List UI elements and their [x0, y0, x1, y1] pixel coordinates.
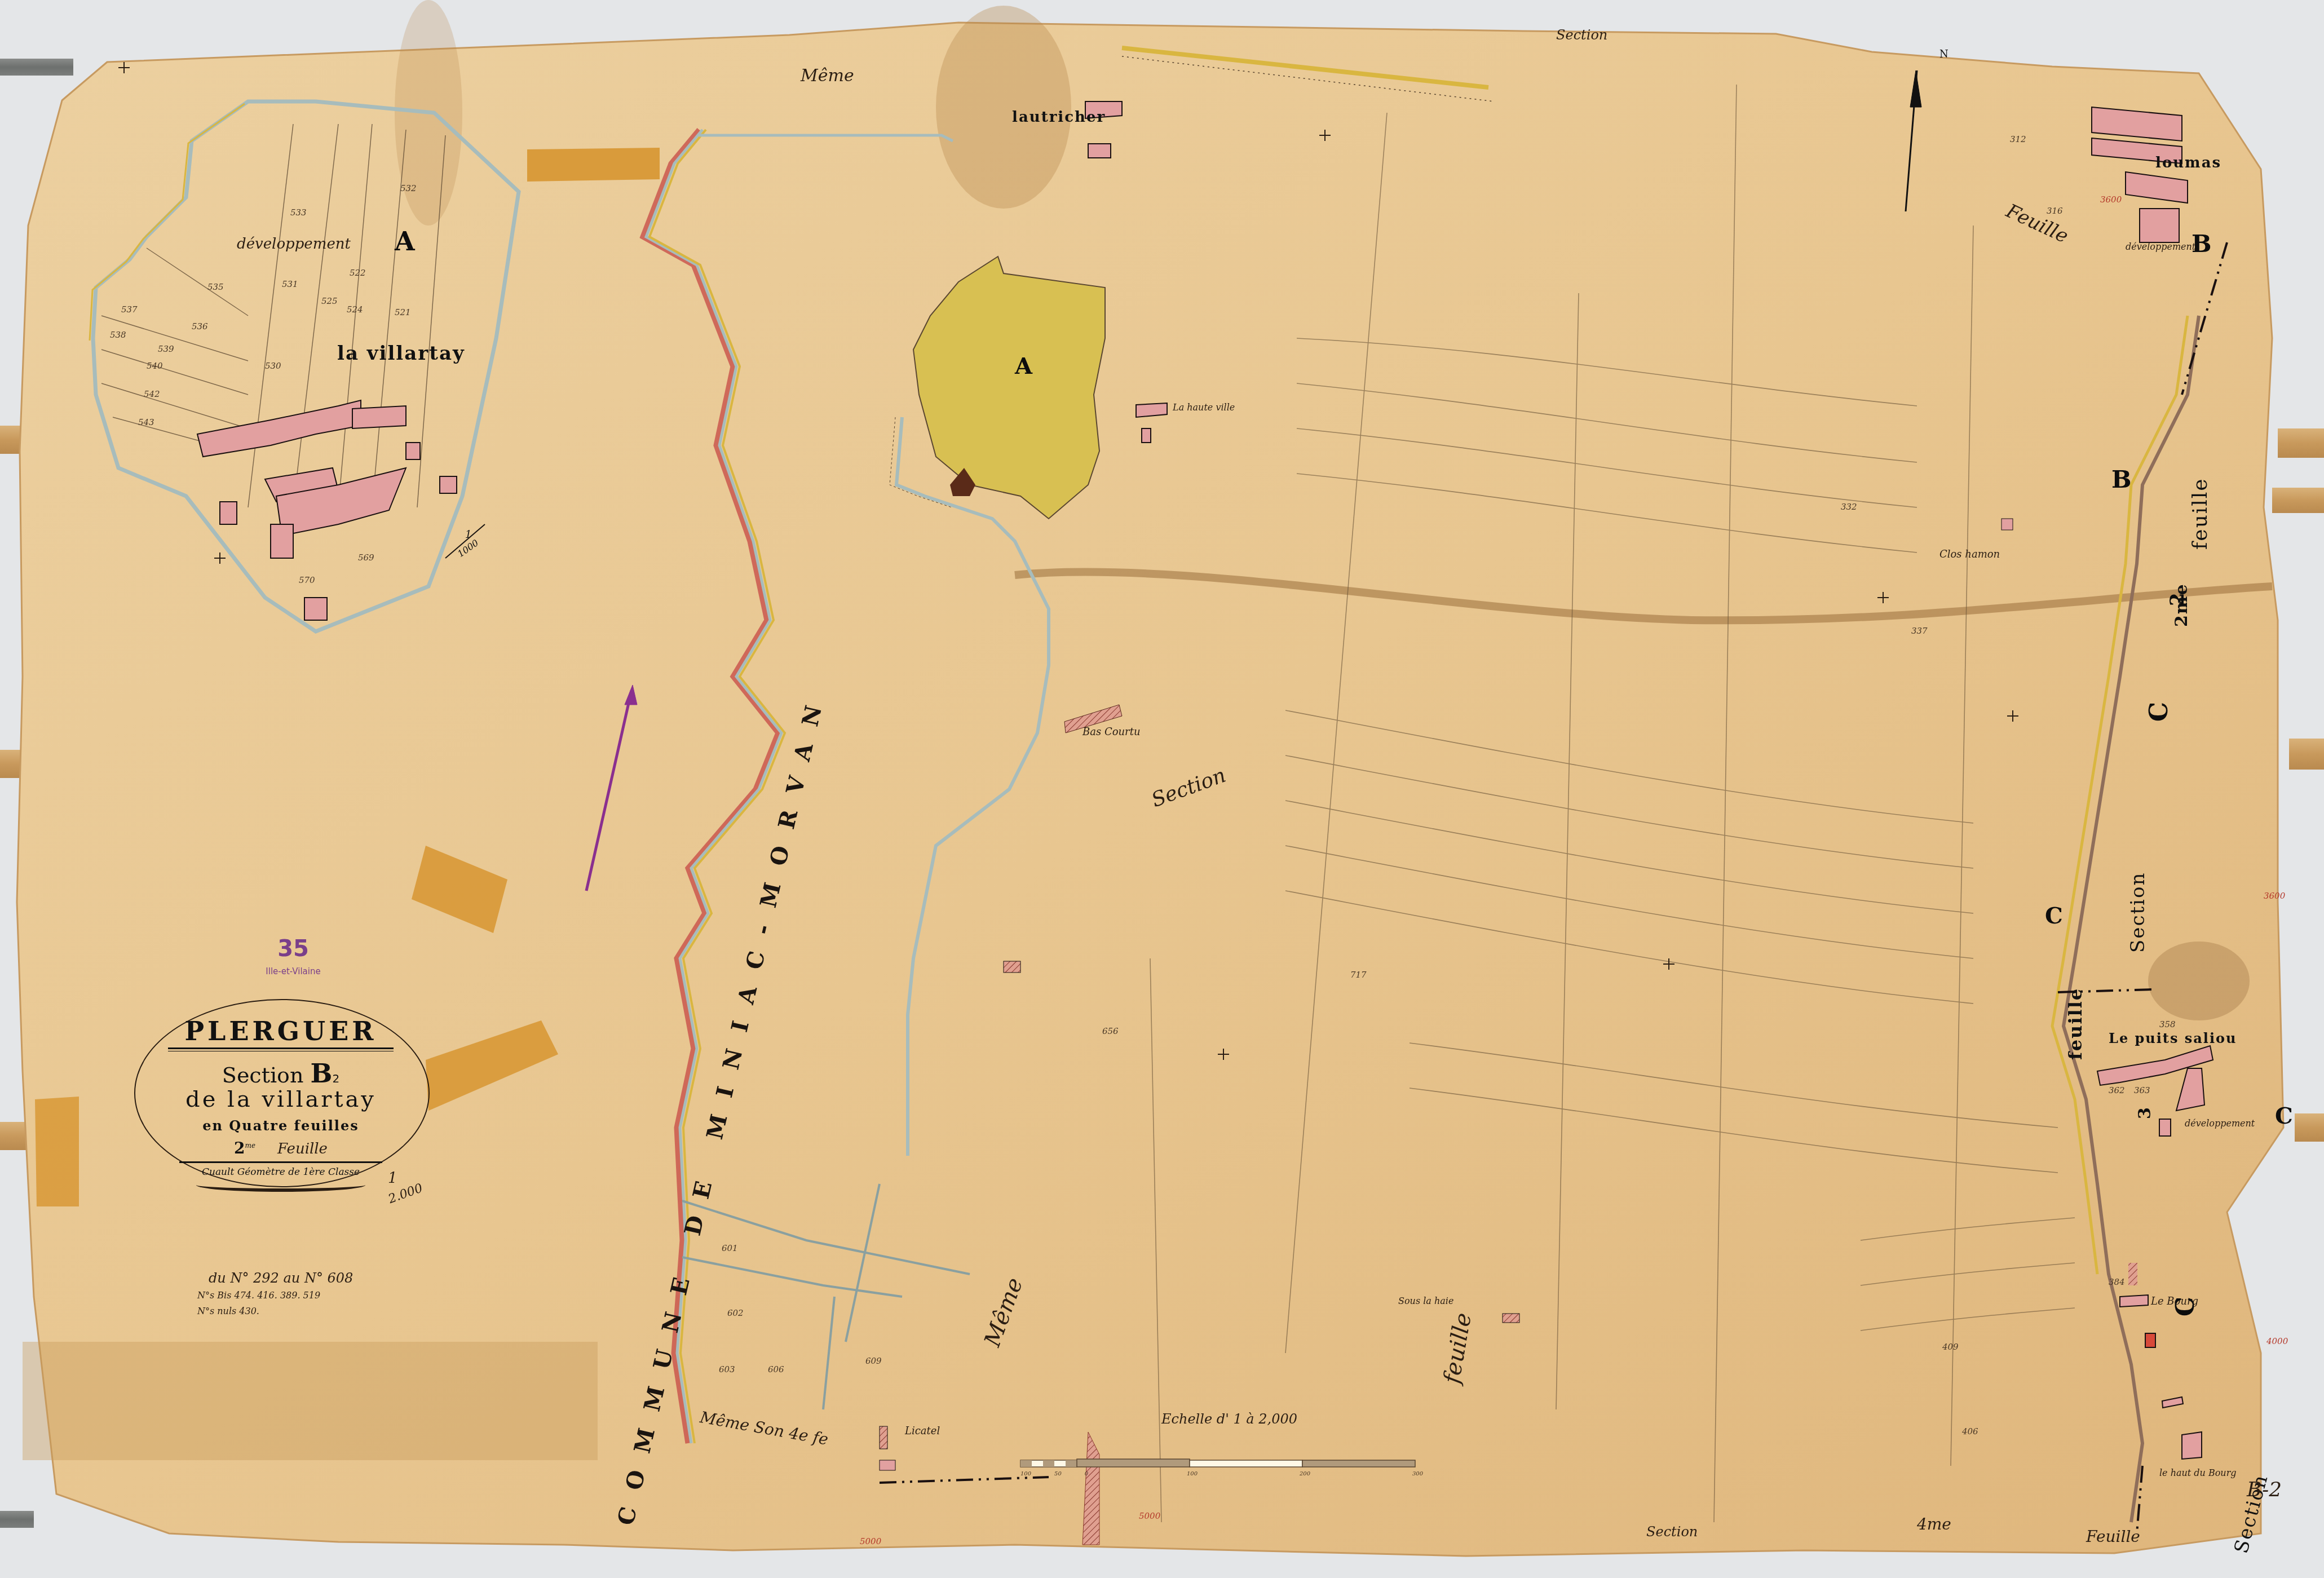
north-label: N	[1939, 50, 1949, 60]
section-heading: Section B2	[134, 1058, 427, 1089]
section-letter-b-top: B	[2192, 232, 2212, 256]
place-la-villartay: la villartay	[337, 344, 465, 363]
parcel-number: 384	[2109, 1277, 2125, 1287]
parcel-number: 602	[727, 1308, 744, 1318]
section-letter-a-left: A	[395, 228, 415, 254]
title-underline	[168, 1047, 394, 1051]
parcel-number: 531	[282, 279, 298, 289]
feuille-label-right: feuille	[2190, 478, 2211, 550]
scale-bar-tick-300: 300	[1412, 1471, 1423, 1477]
sheet-word: Feuille	[277, 1141, 328, 1157]
title-cartouche: PLERGUER Section B2 de la villartay en Q…	[134, 999, 427, 1225]
parcel-number: 603	[719, 1364, 735, 1374]
section-label-bottom: Section	[1646, 1525, 1698, 1539]
section-letter-b-mid: B	[2111, 468, 2132, 492]
place-le-haut-du-bourg: le haut du Bourg	[2159, 1469, 2237, 1478]
parcel-number: 539	[158, 344, 174, 354]
parcel-number: 543	[138, 417, 154, 427]
parcel-number: 717	[1350, 970, 1367, 980]
scale-bar-ticks-left: 100 50 0	[1020, 1471, 1088, 1477]
section-label-right: Section	[2128, 872, 2148, 953]
parcel-number: 525	[321, 296, 338, 306]
sheet-corner-label: B-2	[2247, 1480, 2282, 1500]
parcel-number: 316	[2047, 206, 2063, 216]
parcel-number: 606	[768, 1364, 784, 1374]
section-letter-c-right: C	[2275, 1105, 2293, 1128]
section-label-top: Section	[1556, 28, 1607, 42]
parcel-number: 542	[144, 389, 160, 399]
sheet-number-suffix: me	[245, 1142, 255, 1150]
red-marker: 3600	[2100, 195, 2122, 205]
parcel-number: 532	[400, 183, 417, 193]
parcel-number: 540	[147, 361, 163, 371]
parcel-number: 312	[2010, 134, 2026, 144]
place-clos-hamon: Clos hamon	[1939, 550, 2000, 560]
parcel-number: 533	[290, 207, 307, 218]
parcel-number: 569	[358, 552, 374, 563]
parcel-number: 409	[1942, 1342, 1959, 1352]
cartouche-divider	[179, 1161, 382, 1163]
parcel-number: 406	[1962, 1426, 1978, 1436]
place-bas-courtu: Bas Courtu	[1083, 727, 1141, 737]
parcel-number: 362	[2109, 1085, 2125, 1095]
parcel-number: 521	[395, 307, 411, 317]
commune-title: PLERGUER	[134, 1016, 427, 1046]
section-subscript: 2	[332, 1072, 339, 1085]
section-number-two: 2	[2168, 593, 2187, 606]
feuille-label-bottom: Feuille	[2086, 1529, 2140, 1545]
parcel-number: 601	[722, 1243, 738, 1253]
parcel-number: 538	[110, 330, 126, 340]
developpement-label-loumas: développement	[2126, 242, 2195, 251]
parcel-number: 337	[1911, 626, 1928, 636]
sheet-count: en Quatre feuilles	[134, 1117, 427, 1134]
inset-scale-num: 1	[465, 530, 471, 540]
place-licatel: Licatel	[905, 1426, 940, 1436]
red-marker: 5000	[860, 1536, 881, 1546]
place-loumas: loumas	[2155, 156, 2221, 170]
section-number-three: 3	[2137, 1107, 2154, 1119]
scale-bar-tick-200: 200	[1300, 1471, 1310, 1477]
scale-bar-tick-100: 100	[1187, 1471, 1198, 1477]
feuille-label-center-right: feuille	[2066, 988, 2084, 1060]
parcel-range-note: du N° 292 au N° 608	[209, 1271, 353, 1285]
section-letter-a-center: A	[1015, 355, 1032, 378]
archive-stamp: 35 Ille-et-Vilaine	[248, 936, 338, 976]
parcel-number: 524	[347, 304, 363, 315]
stamp-department-name: Ille-et-Vilaine	[248, 966, 338, 976]
parcel-number: 332	[1841, 502, 1857, 512]
place-sous-la-haie: Sous la haie	[1398, 1297, 1453, 1306]
scale-fraction-numerator: 1	[388, 1171, 397, 1186]
place-le-puits-saliou: Le puits saliou	[2109, 1032, 2237, 1045]
parcel-number: 536	[192, 321, 208, 331]
scale-bar-title: Echelle d' 1 à 2,000	[1161, 1412, 1297, 1426]
stamp-department-number: 35	[248, 936, 338, 962]
section-name: de la villartay	[134, 1086, 427, 1112]
sheet-number-line: 2me Feuille	[134, 1139, 427, 1157]
parcel-number: 570	[299, 575, 315, 585]
parcel-number: 656	[1102, 1026, 1119, 1036]
parcel-number: 363	[2134, 1085, 2150, 1095]
sheet-number: 2	[234, 1139, 245, 1157]
place-la-haute-ville: La haute ville	[1173, 403, 1235, 412]
section-letter-c-lower: C	[2147, 702, 2172, 722]
place-lautricher: lautricher	[1012, 110, 1106, 125]
parcel-number: 609	[865, 1356, 882, 1366]
red-marker: 5000	[1139, 1511, 1160, 1521]
developpement-label-left: développement	[237, 237, 351, 251]
parcel-bis-note: N°s Bis 474. 416. 389. 519	[197, 1291, 320, 1300]
parcel-number: 358	[2159, 1019, 2176, 1029]
parcel-number: 535	[207, 282, 224, 292]
red-marker: 4000	[2266, 1336, 2288, 1346]
scale-bar	[1020, 1459, 1415, 1467]
parcel-number: 537	[121, 304, 138, 315]
red-marker: 3600	[2264, 891, 2285, 901]
scanned-cadastral-map: 35 Ille-et-Vilaine PLERGUER Section B2 d…	[0, 0, 2324, 1578]
developpement-label-puits: développement	[2185, 1119, 2255, 1128]
section-letter-c-bottom: C	[2173, 1297, 2198, 1316]
parcel-nuls-note: N°s nuls 430.	[197, 1307, 259, 1316]
section-label: Section	[222, 1063, 304, 1088]
cartouche-bottom-swash	[196, 1178, 365, 1192]
section-letter-c-mid: C	[2045, 905, 2063, 927]
parcel-number: 522	[350, 268, 366, 278]
section-letter: B	[311, 1058, 333, 1089]
meme-label-top: Même	[801, 68, 854, 85]
surveyor-signature: Cuault Géomètre de 1ère Classe	[134, 1166, 427, 1178]
fourth-sheet-label: 4me	[1917, 1517, 1951, 1532]
parcel-number: 530	[265, 361, 281, 371]
